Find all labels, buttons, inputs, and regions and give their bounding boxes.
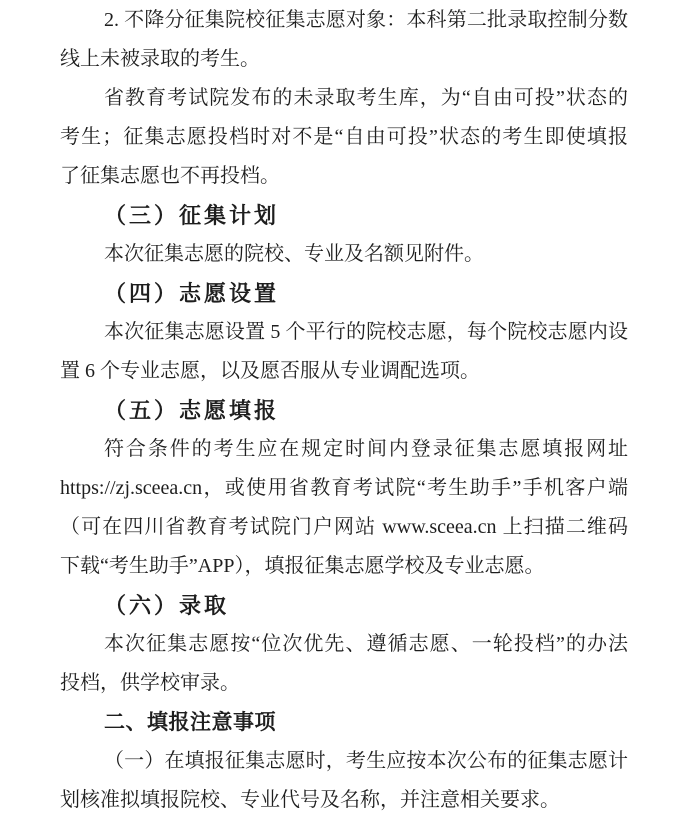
section-heading: （三）征集计划: [60, 196, 628, 235]
body-text-line: 本次征集志愿的院校、专业及名额见附件。: [60, 235, 628, 274]
chapter-heading: 二、填报注意事项: [60, 703, 628, 742]
body-text-line: （一）在填报征集志愿时，考生应按本次公布的征集志愿计: [60, 742, 628, 781]
body-text-line: 下载“考生助手”APP），填报征集志愿学校及专业志愿。: [60, 547, 628, 586]
body-text-line: 划核准拟填报院校、专业代号及名称，并注意相关要求。: [60, 781, 628, 820]
body-text-line: 本次征集志愿设置 5 个平行的院校志愿，每个院校志愿内设: [60, 313, 628, 352]
body-text-line: 符合条件的考生应在规定时间内登录征集志愿填报网址: [60, 430, 628, 469]
body-text-line: 考生；征集志愿投档时对不是“自由可投”状态的考生即使填报: [60, 118, 628, 157]
body-text-line: （可在四川省教育考试院门户网站 www.sceea.cn 上扫描二维码: [60, 508, 628, 547]
body-text-line: https://zj.sceea.cn，或使用省教育考试院“考生助手”手机客户端: [60, 469, 628, 508]
body-text-line: 投档，供学校审录。: [60, 664, 628, 703]
body-text-line: 置 6 个专业志愿，以及愿否服从专业调配选项。: [60, 352, 628, 391]
body-text-line: 了征集志愿也不再投档。: [60, 157, 628, 196]
body-text-line: 线上未被录取的考生。: [60, 40, 628, 79]
body-text-line: 2. 不降分征集院校征集志愿对象：本科第二批录取控制分数: [60, 1, 628, 40]
document-page: 2. 不降分征集院校征集志愿对象：本科第二批录取控制分数线上未被录取的考生。省教…: [0, 0, 700, 821]
body-text-line: 省教育考试院发布的未录取考生库，为“自由可投”状态的: [60, 79, 628, 118]
section-heading: （六）录取: [60, 586, 628, 625]
section-heading: （四）志愿设置: [60, 274, 628, 313]
section-heading: （五）志愿填报: [60, 391, 628, 430]
body-text-line: 本次征集志愿按“位次优先、遵循志愿、一轮投档”的办法: [60, 625, 628, 664]
